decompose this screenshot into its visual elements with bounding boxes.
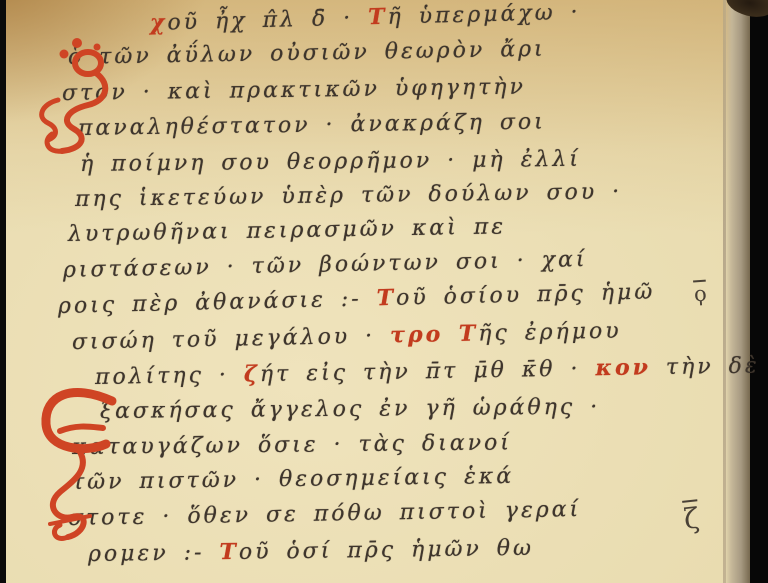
text-line: ἡ ποίμνη σου θεορρῆμον · μὴ ἐλλί [80,144,581,179]
text-line: στον · καὶ πρακτικῶν ὑφηγητὴν [62,72,526,108]
rubric-run: ζ [244,361,260,387]
text-run: ροις πὲρ ἀθανάσιε :- [58,286,377,319]
text-run: οῦ ὁσί πρ̄ς ἡμῶν θω [239,536,534,565]
text-line: χοῦ ἦχ π̂λ δ̄ · Τῆ ὑπερμάχω · [150,0,581,39]
text-line: πης ἱκετεύων ὑπὲρ τῶν δούλων σου · [75,177,623,215]
text-line: τῶν πιστῶν · θεοσημείαις ἑκά [72,462,515,498]
text-run: σισώη τοῦ μεγάλου · [72,323,391,355]
text-run: λυτρωθῆναι πειρασμῶν καὶ πε [68,215,506,248]
text-run: πης ἱκετεύων ὑπὲρ τῶν δούλων σου · [75,179,623,212]
text-line: καταυγάζων ὅσιε · τὰς διανοί [72,428,512,463]
text-run: ξασκήσας ἄγγελος ἐν γῆ ὡράθης · [100,395,600,424]
manuscript-photo: χοῦ ἦχ π̂λ δ̄ · Τῆ ὑπερμάχω ·ὁ τῶν ἀΰλων… [0,0,768,583]
text-run: πολίτης · [95,362,244,390]
text-run: ἡ ποίμνη σου θεορρῆμον · μὴ ἐλλί [80,146,581,176]
rubric-run: Τ [459,320,479,346]
text-run: οῦ ἦχ π̂λ δ̄ · [167,5,368,35]
text-run: στοτε · ὅθεν σε πόθω πιστοὶ γεραί [68,497,582,531]
text-line: σισώη τοῦ μεγάλου · τρο Τῆς ἐρήμου [72,315,622,358]
rubric-run: Τ [376,285,396,311]
rubric-run: Τ [219,539,239,565]
text-run: παναληθέστατον · ἀνακράζη σοι [78,110,546,142]
text-run: τῶν πιστῶν · θεοσημείαις ἑκά [72,464,514,495]
text-line: παναληθέστατον · ἀνακράζη σοι [78,108,546,145]
text-run: ὁ τῶν ἀΰλων οὐσιῶν θεωρὸν ἄρι [68,37,546,70]
text-run: ριστάσεων · τῶν βοώντων σοι · χαί [63,247,588,283]
rubric-run: κον [595,354,651,381]
text-run: ρομεν :- [88,540,220,567]
text-run: καταυγάζων ὅσιε · τὰς διανοί [72,430,512,460]
text-run: ῆ ὑπερμάχω · [387,0,581,30]
text-line: στοτε · ὅθεν σε πόθω πιστοὶ γεραί [68,495,582,534]
rubric-run: Τ [368,4,388,30]
rubric-run: χ [150,10,168,36]
text-run: στον · καὶ πρακτικῶν ὑφηγητὴν [62,74,526,105]
text-line: ρομεν :- Τοῦ ὁσί πρ̄ς ἡμῶν θω [88,533,534,570]
text-run: ῆς ἐρήμου [478,318,622,346]
text-block: χοῦ ἦχ π̂λ δ̄ · Τῆ ὑπερμάχω ·ὁ τῶν ἀΰλων… [0,0,768,583]
text-line: ὁ τῶν ἀΰλων οὐσιῶν θεωρὸν ἄρι [68,35,546,73]
text-line: λυτρωθῆναι πειρασμῶν καὶ πε [68,213,507,251]
rubric-run: τρο [390,320,459,347]
text-run: ήτ εἰς τὴν π̄τ μ̄θ κ̄θ · [260,356,596,387]
text-run: τὴν δὲ Ἐ πεφα · [651,351,768,380]
text-run: οῦ ὁσίου πρ̄ς ἡμῶ [396,280,656,311]
text-line: ξασκήσας ἄγγελος ἐν γῆ ὡράθης · [100,393,600,427]
quire-mark-upper: ϙ [693,282,707,307]
